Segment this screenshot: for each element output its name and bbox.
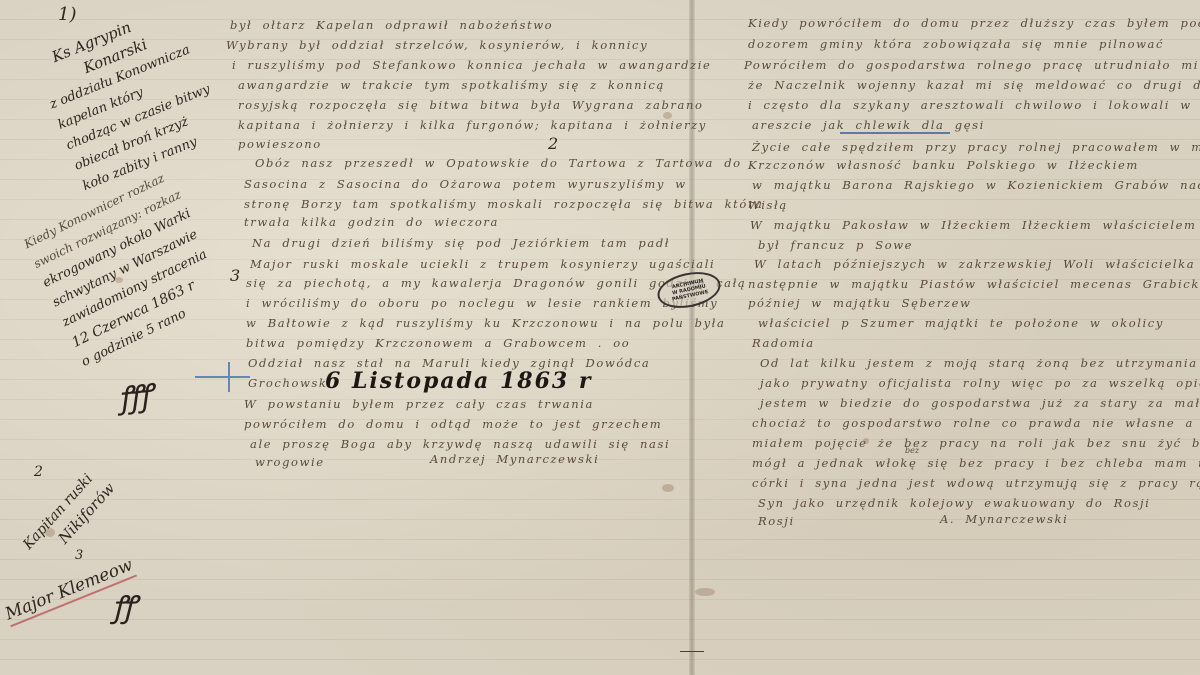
text-line: Major ruski moskale uciekli z trupem kos… xyxy=(250,257,715,271)
text-line: w Bałtowie z kąd ruszyliśmy ku Krzczonow… xyxy=(246,316,725,330)
signature-text: A. Mynarczewski xyxy=(940,512,1068,526)
text-line: ale proszę Boga aby krzywdę naszą udawil… xyxy=(250,437,670,451)
text-line: Powróciłem do gospodarstwa rolnego pracę… xyxy=(744,58,1200,72)
text-line: chociaż to gospodarstwo rolne co prawda … xyxy=(752,416,1200,430)
right-page: Kiedy powróciłem do domu przez dłuższy c… xyxy=(700,0,1200,675)
text-line: W latach późniejszych w zakrzewskiej Wol… xyxy=(754,257,1200,271)
text-line: był francuz p Sowe xyxy=(758,238,913,252)
text-line: W majątku Pakosław w Iłżeckiem Iłżeckiem… xyxy=(750,218,1200,232)
text-line: Wybrany był oddział strzelców, kosynieró… xyxy=(226,38,648,52)
text-line: miałem pojęcie że bez pracy na roli jak … xyxy=(752,436,1200,450)
margin-signature: ꝭꝭꝭ xyxy=(116,374,151,418)
margin-note-stracenie: Kiedy Konownicer rozkaz swoich rozwiązan… xyxy=(20,164,234,374)
text-line: że Naczelnik wojenny kazał mi się meldow… xyxy=(748,78,1200,92)
blue-underline xyxy=(840,132,950,134)
text-line: rosyjską rozpoczęła się bitwa bitwa była… xyxy=(238,98,704,112)
text-line: i wróciliśmy do oboru po noclegu w lesie… xyxy=(246,296,718,310)
text-line: był ołtarz Kapelan odprawił nabożeństwo xyxy=(230,18,553,32)
page-number: 1) xyxy=(58,4,76,25)
text-line: właściciel p Szumer majątki te położone … xyxy=(758,316,1164,330)
text-line: kapitana i żołnierzy i kilka furgonów; k… xyxy=(238,118,707,132)
text-line: powieszono xyxy=(238,137,322,151)
text-line: Radomia xyxy=(752,336,815,350)
text-line: wrogowie xyxy=(255,455,325,469)
blue-cross-mark xyxy=(228,362,230,392)
text-line: bitwa pomiędzy Krzczonowem a Grabowcem .… xyxy=(246,336,630,350)
text-line: i ruszyliśmy pod Stefankowo konnica jech… xyxy=(232,58,711,72)
margin-number-2: 2 xyxy=(34,464,43,480)
margin-signature: ꝭꝭ xyxy=(112,585,132,626)
text-line: później w majątku Sęberzew xyxy=(748,296,971,310)
left-page: 1) Ks Agrypin Konarski z oddziału Konown… xyxy=(0,0,688,675)
margin-mark-3: 3 xyxy=(230,266,240,285)
text-line: i często dla szykany aresztowali chwilow… xyxy=(748,98,1200,112)
text-line: w majątku Barona Rajskiego w Kozienickie… xyxy=(752,178,1200,192)
blue-cross-mark xyxy=(195,376,250,378)
text-line: Życie całe spędziłem przy pracy rolnej p… xyxy=(752,140,1200,154)
text-line: Obóz nasz przeszedł w Opatowskie do Tart… xyxy=(255,156,742,170)
margin-mark-2: 2 xyxy=(548,134,558,153)
superscript-note: bez xyxy=(905,446,919,455)
text-line: Kiedy powróciłem do domu przez dłuższy c… xyxy=(748,16,1200,30)
text-line: powróciłem do domu i odtąd może to jest … xyxy=(244,417,662,431)
text-line: córki i syna jedna jest wdową utrzymują … xyxy=(752,476,1200,490)
text-line: trwała kilka godzin do wieczora xyxy=(244,215,499,229)
text-line: Grochowski xyxy=(248,376,333,390)
margin-number-3: 3 xyxy=(75,548,83,563)
date-entry: 6 Listopada 1863 r xyxy=(325,368,592,394)
text-line: stronę Borzy tam spotkaliśmy moskali roz… xyxy=(244,197,763,211)
text-line: Na drugi dzień biliśmy się pod Jeziórkie… xyxy=(252,236,670,250)
text-line: Krzczonów własność banku Polskiego w Iłż… xyxy=(748,158,1139,172)
text-line: areszcie jak chlewik dla gęsi xyxy=(752,118,985,132)
text-line: następnie w majątku Piastów właściciel m… xyxy=(748,277,1200,291)
text-line: Syn jako urzędnik kolejowy ewakuowany do… xyxy=(758,496,1150,510)
text-line: Od lat kilku jestem z moją starą żoną be… xyxy=(760,356,1198,370)
text-line: mógł a jednak włokę się bez pracy i bez … xyxy=(752,456,1200,470)
text-line: jako prywatny oficjalista rolny więc po … xyxy=(760,376,1200,390)
text-line: dozorem gminy która zobowiązała się mnie… xyxy=(748,37,1164,51)
text-line: W powstaniu byłem przez cały czas trwani… xyxy=(244,397,594,411)
margin-note-konarski: Ks Agrypin Konarski z oddziału Konownicz… xyxy=(30,0,230,198)
text-line: Wisłą xyxy=(748,198,788,212)
text-line: Sasocina z Sasocina do Ożarowa potem wyr… xyxy=(244,177,687,191)
text-line: Rosji xyxy=(758,514,795,528)
text-line: jestem w biedzie do gospodarstwa już za … xyxy=(760,396,1200,410)
text-line: awangardzie w trakcie tym spotkaliśmy si… xyxy=(238,78,665,92)
signature-text: Andrzej Mynarczewski xyxy=(430,452,599,466)
